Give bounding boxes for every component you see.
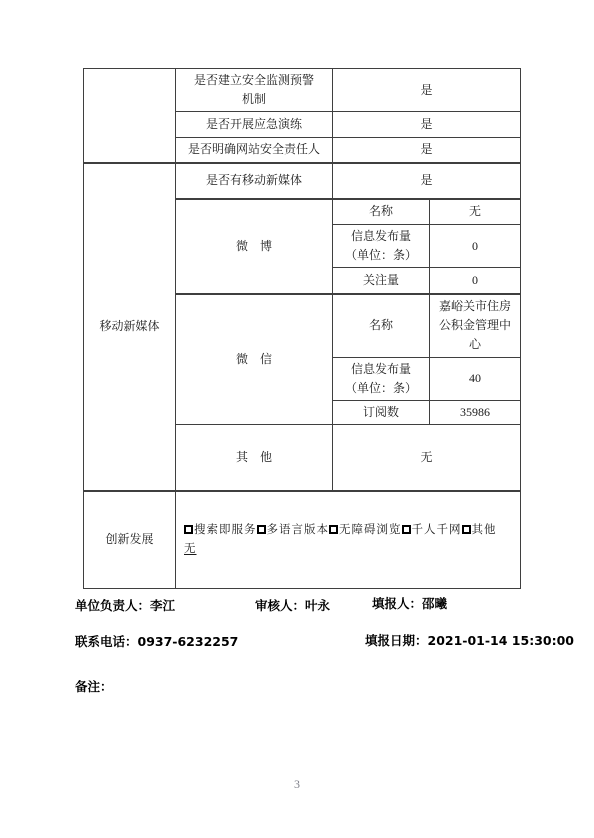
- field-value: 40: [430, 357, 521, 400]
- checkbox-label: 其他: [472, 524, 497, 536]
- table-row: 创新发展 搜索即服务多语言版本无障碍浏览千人千网其他 无: [84, 491, 521, 589]
- footer-responsible-person: 单位负责人：李江: [75, 596, 175, 614]
- wechat-label: 微 信: [176, 294, 333, 425]
- footer-auditor: 审核人：叶永: [255, 596, 330, 614]
- table-row: 移动新媒体 是否有移动新媒体 是: [84, 163, 521, 199]
- checkbox-icon: [462, 525, 471, 534]
- question-value: 是: [333, 138, 521, 163]
- field-value: 35986: [430, 400, 521, 424]
- checkbox-icon: [184, 525, 193, 534]
- field-value: 0: [430, 268, 521, 294]
- field-label: 信息发布量 （单位：条）: [333, 357, 430, 400]
- question-value: 是: [333, 69, 521, 112]
- checkbox-icon: [402, 525, 411, 534]
- checkbox-item: 多语言版本: [257, 524, 330, 536]
- footer-phone: 联系电话：0937-6232257: [75, 632, 238, 650]
- footer-remark-label: 备注：: [75, 677, 113, 695]
- innovation-content: 搜索即服务多语言版本无障碍浏览千人千网其他 无: [176, 491, 521, 589]
- field-label: 关注量: [333, 268, 430, 294]
- table-row: 是否建立安全监测预警 机制 是: [84, 69, 521, 112]
- field-label: 名称: [333, 294, 430, 357]
- checkbox-label: 搜索即服务: [194, 524, 257, 536]
- page-number: 3: [0, 777, 594, 792]
- section-cell-mobile-media: 移动新媒体: [84, 163, 176, 491]
- checkbox-item: 千人千网: [402, 524, 462, 536]
- checkbox-line: 搜索即服务多语言版本无障碍浏览千人千网其他: [184, 521, 512, 539]
- field-value: 0: [430, 225, 521, 268]
- checkbox-item: 其他: [462, 524, 497, 536]
- checkbox-label: 无障碍浏览: [339, 524, 402, 536]
- checkbox-icon: [257, 525, 266, 534]
- section-cell-empty: [84, 69, 176, 163]
- footer-fill-date: 填报日期：2021-01-14 15:30:00: [365, 631, 574, 649]
- checkbox-label: 多语言版本: [267, 524, 330, 536]
- question-label: 是否建立安全监测预警 机制: [176, 69, 333, 112]
- question-label: 是否明确网站安全责任人: [176, 138, 333, 163]
- question-label: 是否有移动新媒体: [176, 163, 333, 199]
- field-label: 订阅数: [333, 400, 430, 424]
- section-cell-innovation: 创新发展: [84, 491, 176, 589]
- innovation-answer: 无: [184, 540, 512, 558]
- field-label: 名称: [333, 199, 430, 225]
- weibo-label: 微 博: [176, 199, 333, 294]
- field-label: 信息发布量 （单位：条）: [333, 225, 430, 268]
- checkbox-label: 千人千网: [412, 524, 462, 536]
- checkbox-item: 搜索即服务: [184, 524, 257, 536]
- footer-filler: 填报人：邵曦: [372, 594, 447, 612]
- other-label: 其 他: [176, 425, 333, 491]
- report-table: 是否建立安全监测预警 机制 是 是否开展应急演练 是 是否明确网站安全责任人 是…: [83, 68, 521, 589]
- other-value: 无: [333, 425, 521, 491]
- checkbox-item: 无障碍浏览: [329, 524, 402, 536]
- field-value: 无: [430, 199, 521, 225]
- document-page: 是否建立安全监测预警 机制 是 是否开展应急演练 是 是否明确网站安全责任人 是…: [0, 0, 594, 838]
- field-value: 嘉峪关市住房 公积金管理中 心: [430, 294, 521, 357]
- question-value: 是: [333, 112, 521, 138]
- question-label: 是否开展应急演练: [176, 112, 333, 138]
- checkbox-icon: [329, 525, 338, 534]
- question-value: 是: [333, 163, 521, 199]
